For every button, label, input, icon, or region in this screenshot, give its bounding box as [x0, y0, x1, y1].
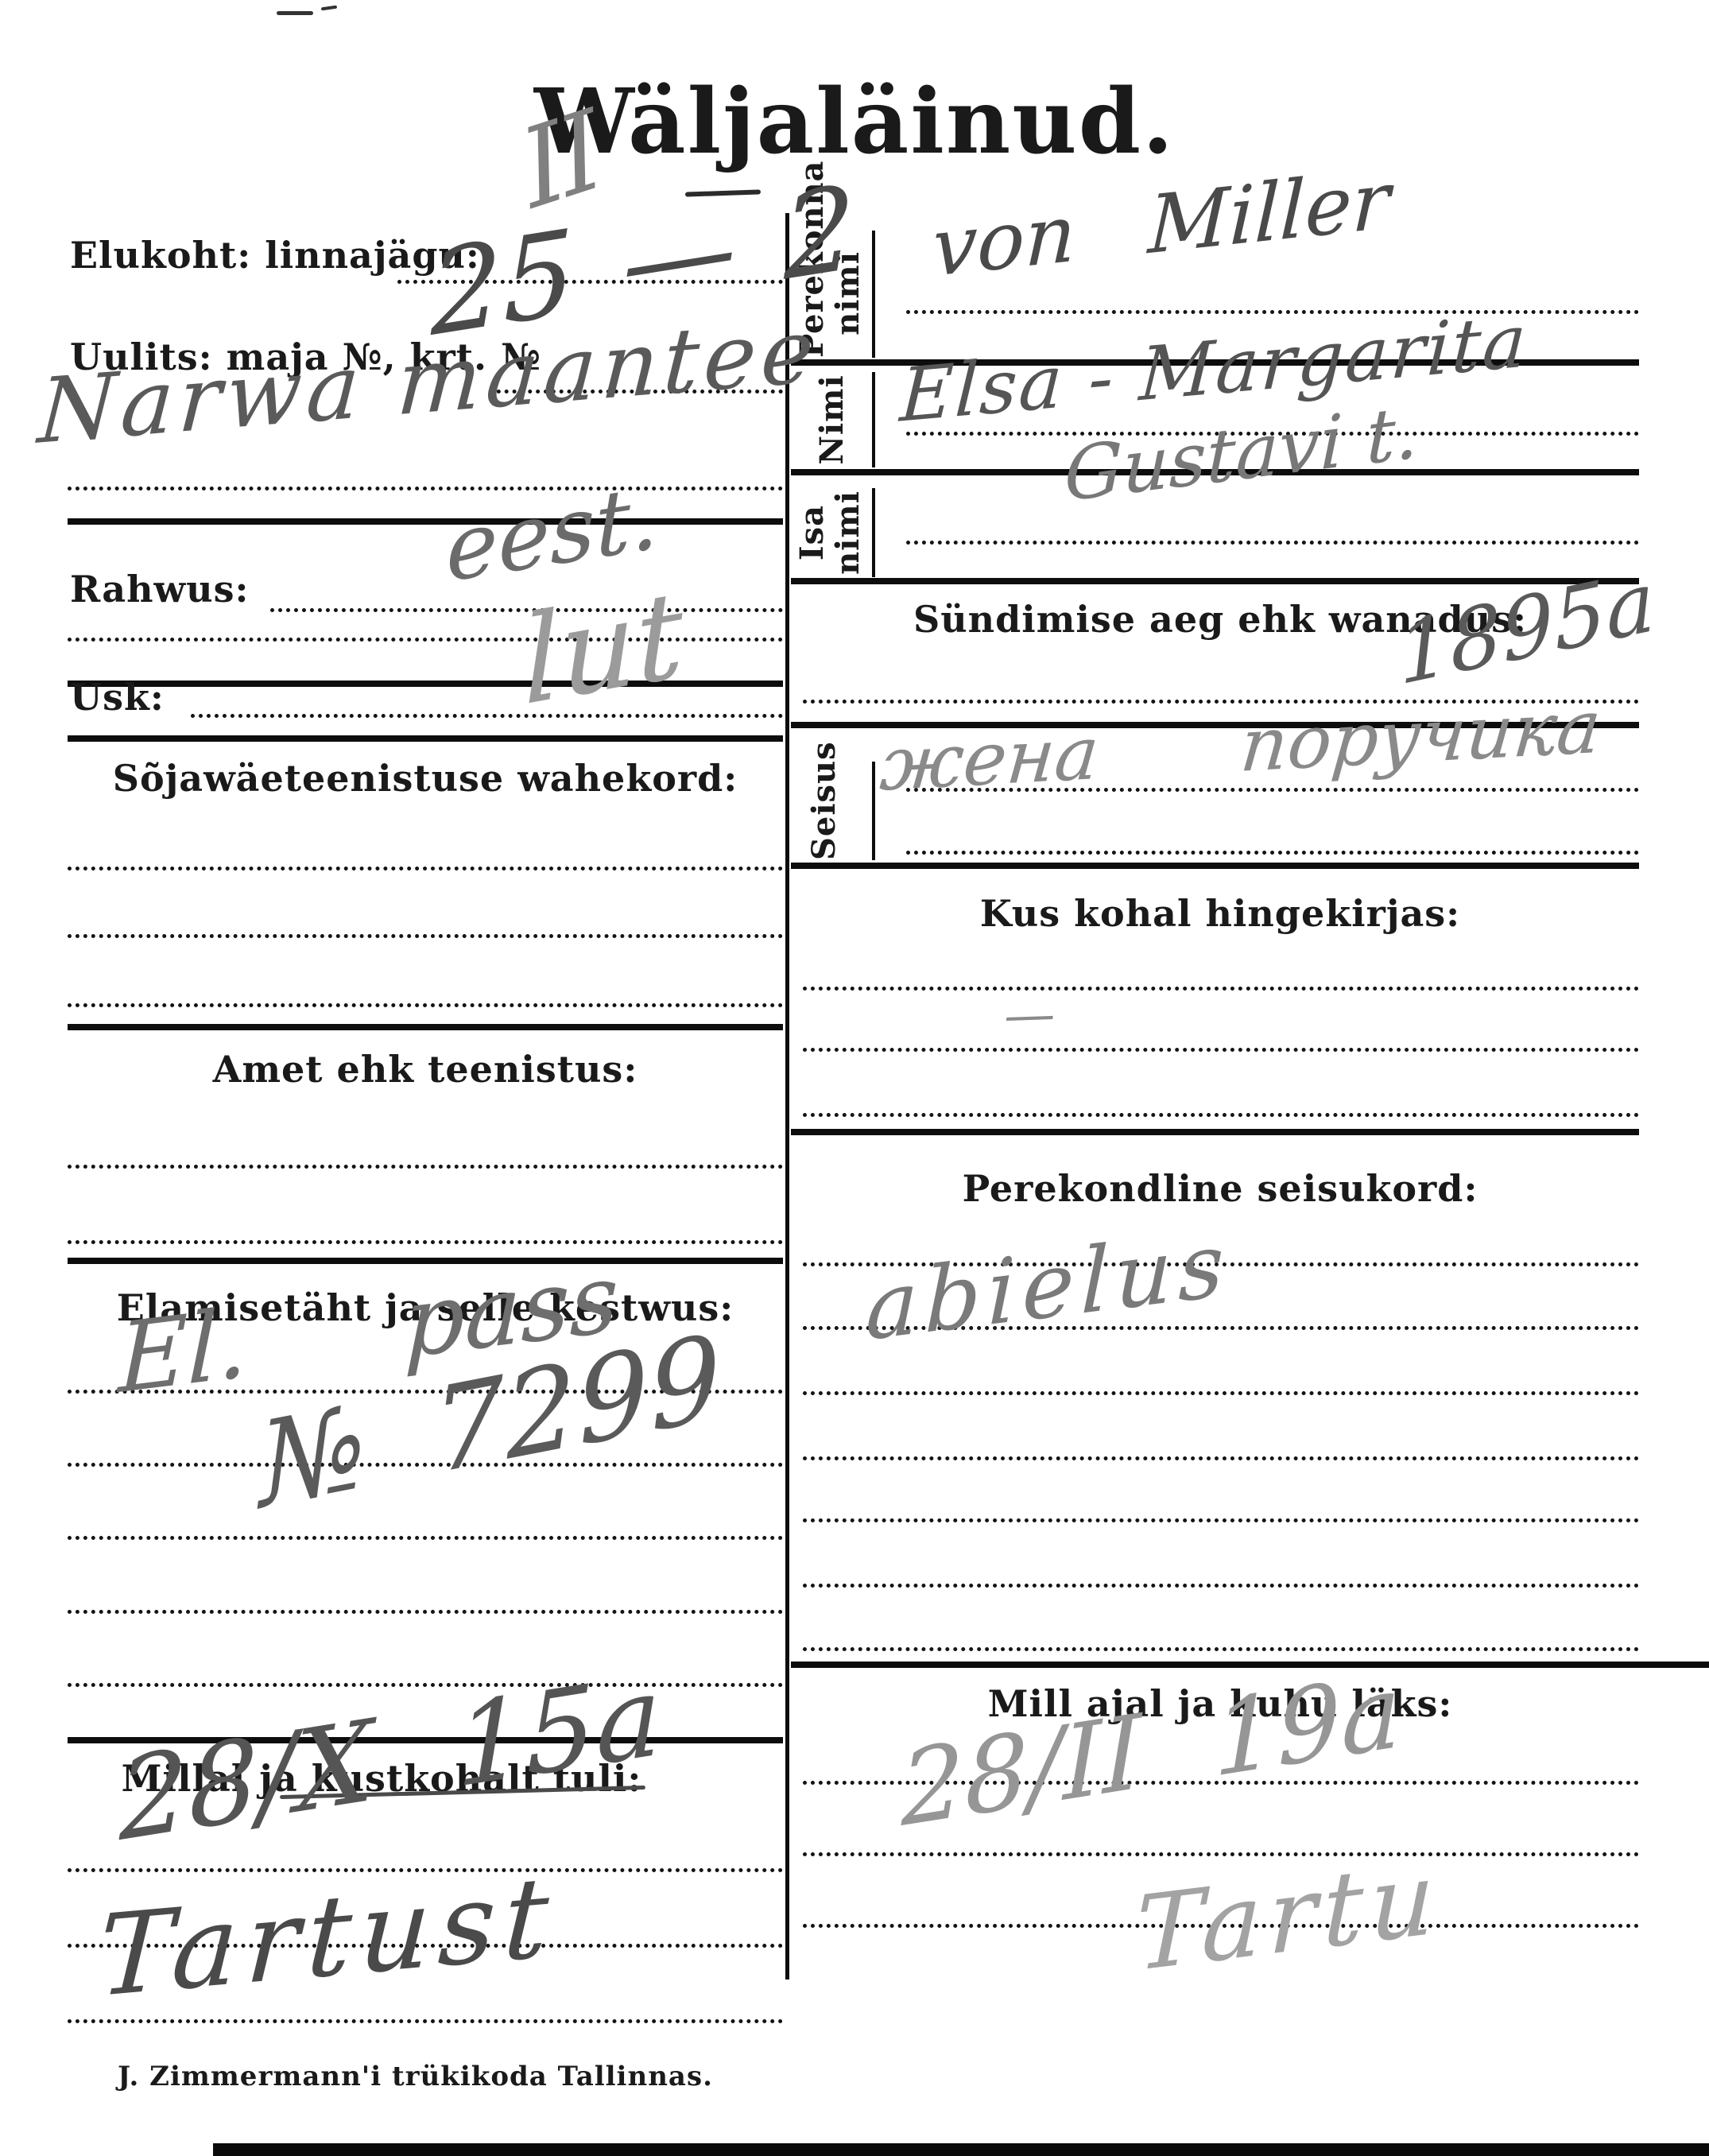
handwriting-usk: lut — [521, 574, 685, 723]
section-rule — [791, 1662, 1709, 1668]
dotted-line — [803, 1456, 1639, 1460]
dotted-line — [803, 1518, 1639, 1522]
dotted-line — [68, 1536, 783, 1540]
handwriting-tuli-from: Tartust — [96, 1862, 560, 2014]
scanned-registration-card: { "document": { "title": "Wäljaläinud.",… — [0, 0, 1709, 2156]
amet-heading: Amet ehk teenistus: — [68, 1048, 783, 1091]
handwriting-laks-to: Tartu — [1135, 1847, 1442, 1987]
handwriting-seisus: жена поручика — [878, 691, 1604, 802]
section-rule — [68, 1258, 783, 1264]
dotted-line — [68, 1165, 783, 1169]
dotted-line — [68, 934, 783, 938]
seisus-label: Seisus — [807, 760, 843, 860]
isa-nimi-label: Isa nimi — [795, 488, 866, 577]
elukoht-label: Elukoht: linnajägu: — [70, 234, 480, 277]
label-cell-rule — [872, 372, 875, 467]
dotted-line — [68, 1683, 783, 1687]
perekondline-heading: Perekondline seisukord: — [803, 1167, 1637, 1210]
label-cell-rule — [872, 231, 875, 358]
dotted-line — [803, 1852, 1639, 1856]
printer-imprint: J. Zimmermann'i trükikoda Tallinnas. — [118, 2061, 713, 2092]
section-rule — [68, 1024, 783, 1030]
dotted-line — [68, 487, 783, 491]
handwriting-street: Narwa maantee — [36, 306, 821, 457]
rahwus-label: Rahwus: — [70, 568, 249, 611]
label-cell-rule — [872, 488, 875, 577]
section-rule — [68, 735, 783, 742]
dotted-line — [803, 1647, 1639, 1651]
sojavae-heading: Sõjawäeteenistuse wahekord: — [68, 757, 783, 800]
scan-noise-dots — [277, 11, 313, 15]
label-cell-rule — [872, 762, 875, 860]
scan-edge-strip — [213, 2143, 1709, 2156]
dotted-line — [68, 1240, 783, 1244]
dotted-line — [68, 867, 783, 871]
section-rule — [791, 1129, 1639, 1135]
nimi-label: Nimi — [815, 372, 851, 467]
dotted-line — [803, 1584, 1639, 1588]
handwriting-tuli-date: 28/X 15a — [118, 1660, 662, 1858]
dotted-line — [68, 1003, 783, 1007]
section-rule — [791, 863, 1639, 869]
dotted-line — [68, 1610, 783, 1614]
handwriting-perekonna-nimi: von Miller — [931, 161, 1391, 289]
handwriting-perekondline: abielus — [865, 1220, 1231, 1354]
dotted-line — [803, 1113, 1639, 1117]
kus-kohal-heading: Kus kohal hingekirjas: — [803, 892, 1637, 935]
dotted-line — [906, 851, 1639, 855]
section-rule — [68, 518, 783, 525]
dotted-line — [803, 987, 1639, 991]
usk-label: Usk: — [70, 676, 165, 719]
dotted-line — [803, 1048, 1639, 1052]
dotted-line — [906, 541, 1639, 545]
dotted-line — [68, 2019, 783, 2023]
handwriting-hingekirjas-mark: — — [1003, 989, 1056, 1041]
dotted-line — [191, 714, 783, 718]
center-divider-rule — [785, 213, 789, 1980]
scan-noise-dash — [321, 6, 337, 11]
dotted-line — [803, 1391, 1639, 1395]
